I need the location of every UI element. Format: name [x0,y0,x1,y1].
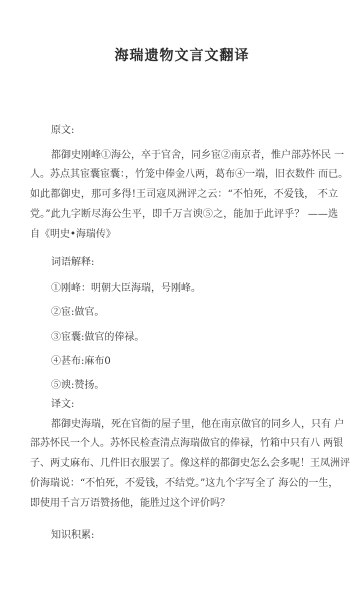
original-line: 如此都御史，那可多得!王司寇凤洲评之云：“不怕死，不爱钱， 不立 [30,188,338,202]
translation-label: 译文: [51,398,74,412]
translation-line: 价海瑞说：“不怕死，不爱钱，不结党。”这九个字写全了 海公的一生， [30,477,338,491]
original-line: 自《明史•海瑞传》 [30,228,116,242]
original-line: 人。苏点其宦囊宦囊：，竹笼中俸金八两，葛布④一端，旧衣数件 而已。 [30,168,338,182]
original-label: 原文: [51,124,74,138]
glossary-label: 词语解释: [51,256,94,270]
document-title: 海瑞遗物文言文翻译 [0,45,364,65]
original-line: 都御史刚峰①海公，卒于官舍，同乡宦②南京者，惟户部苏怀民 一 [51,149,338,163]
knowledge-label: 知识积累: [51,529,94,543]
translation-line: 子、两丈麻布、几件旧衣服罢了。像这样的都御史怎么会多呢！王凤洲评 [30,457,338,471]
document-page: 海瑞遗物文言文翻译 原文: 都御史刚峰①海公，卒于官舍，同乡宦②南京者，惟户部苏… [0,0,364,600]
glossary-item: ③宦囊:做官的俸禄。 [51,331,144,345]
original-line: 党。”此九字断尽海公生平，即千万言谀⑤之，能加于此评乎？ ——选 [30,208,338,222]
glossary-item: ①刚峰：明朝大臣海瑞，号刚峰。 [51,282,201,296]
glossary-item: ④甚布:麻布0 [51,355,111,369]
glossary-item: ②宦:做官。 [51,306,104,320]
translation-line: 部苏怀民一个人。苏怀民检查清点海瑞做官的俸禄，竹箱中只有八 两银 [30,437,338,451]
translation-line: 即使用千言万语赞扬他，能胜过这个评价吗？ [30,497,230,511]
translation-line: 都御史海瑞，死在官衙的屋子里，他在南京做官的同乡人，只有 户 [51,418,338,432]
glossary-item: ⑤谀:赞扬。 [51,379,104,393]
